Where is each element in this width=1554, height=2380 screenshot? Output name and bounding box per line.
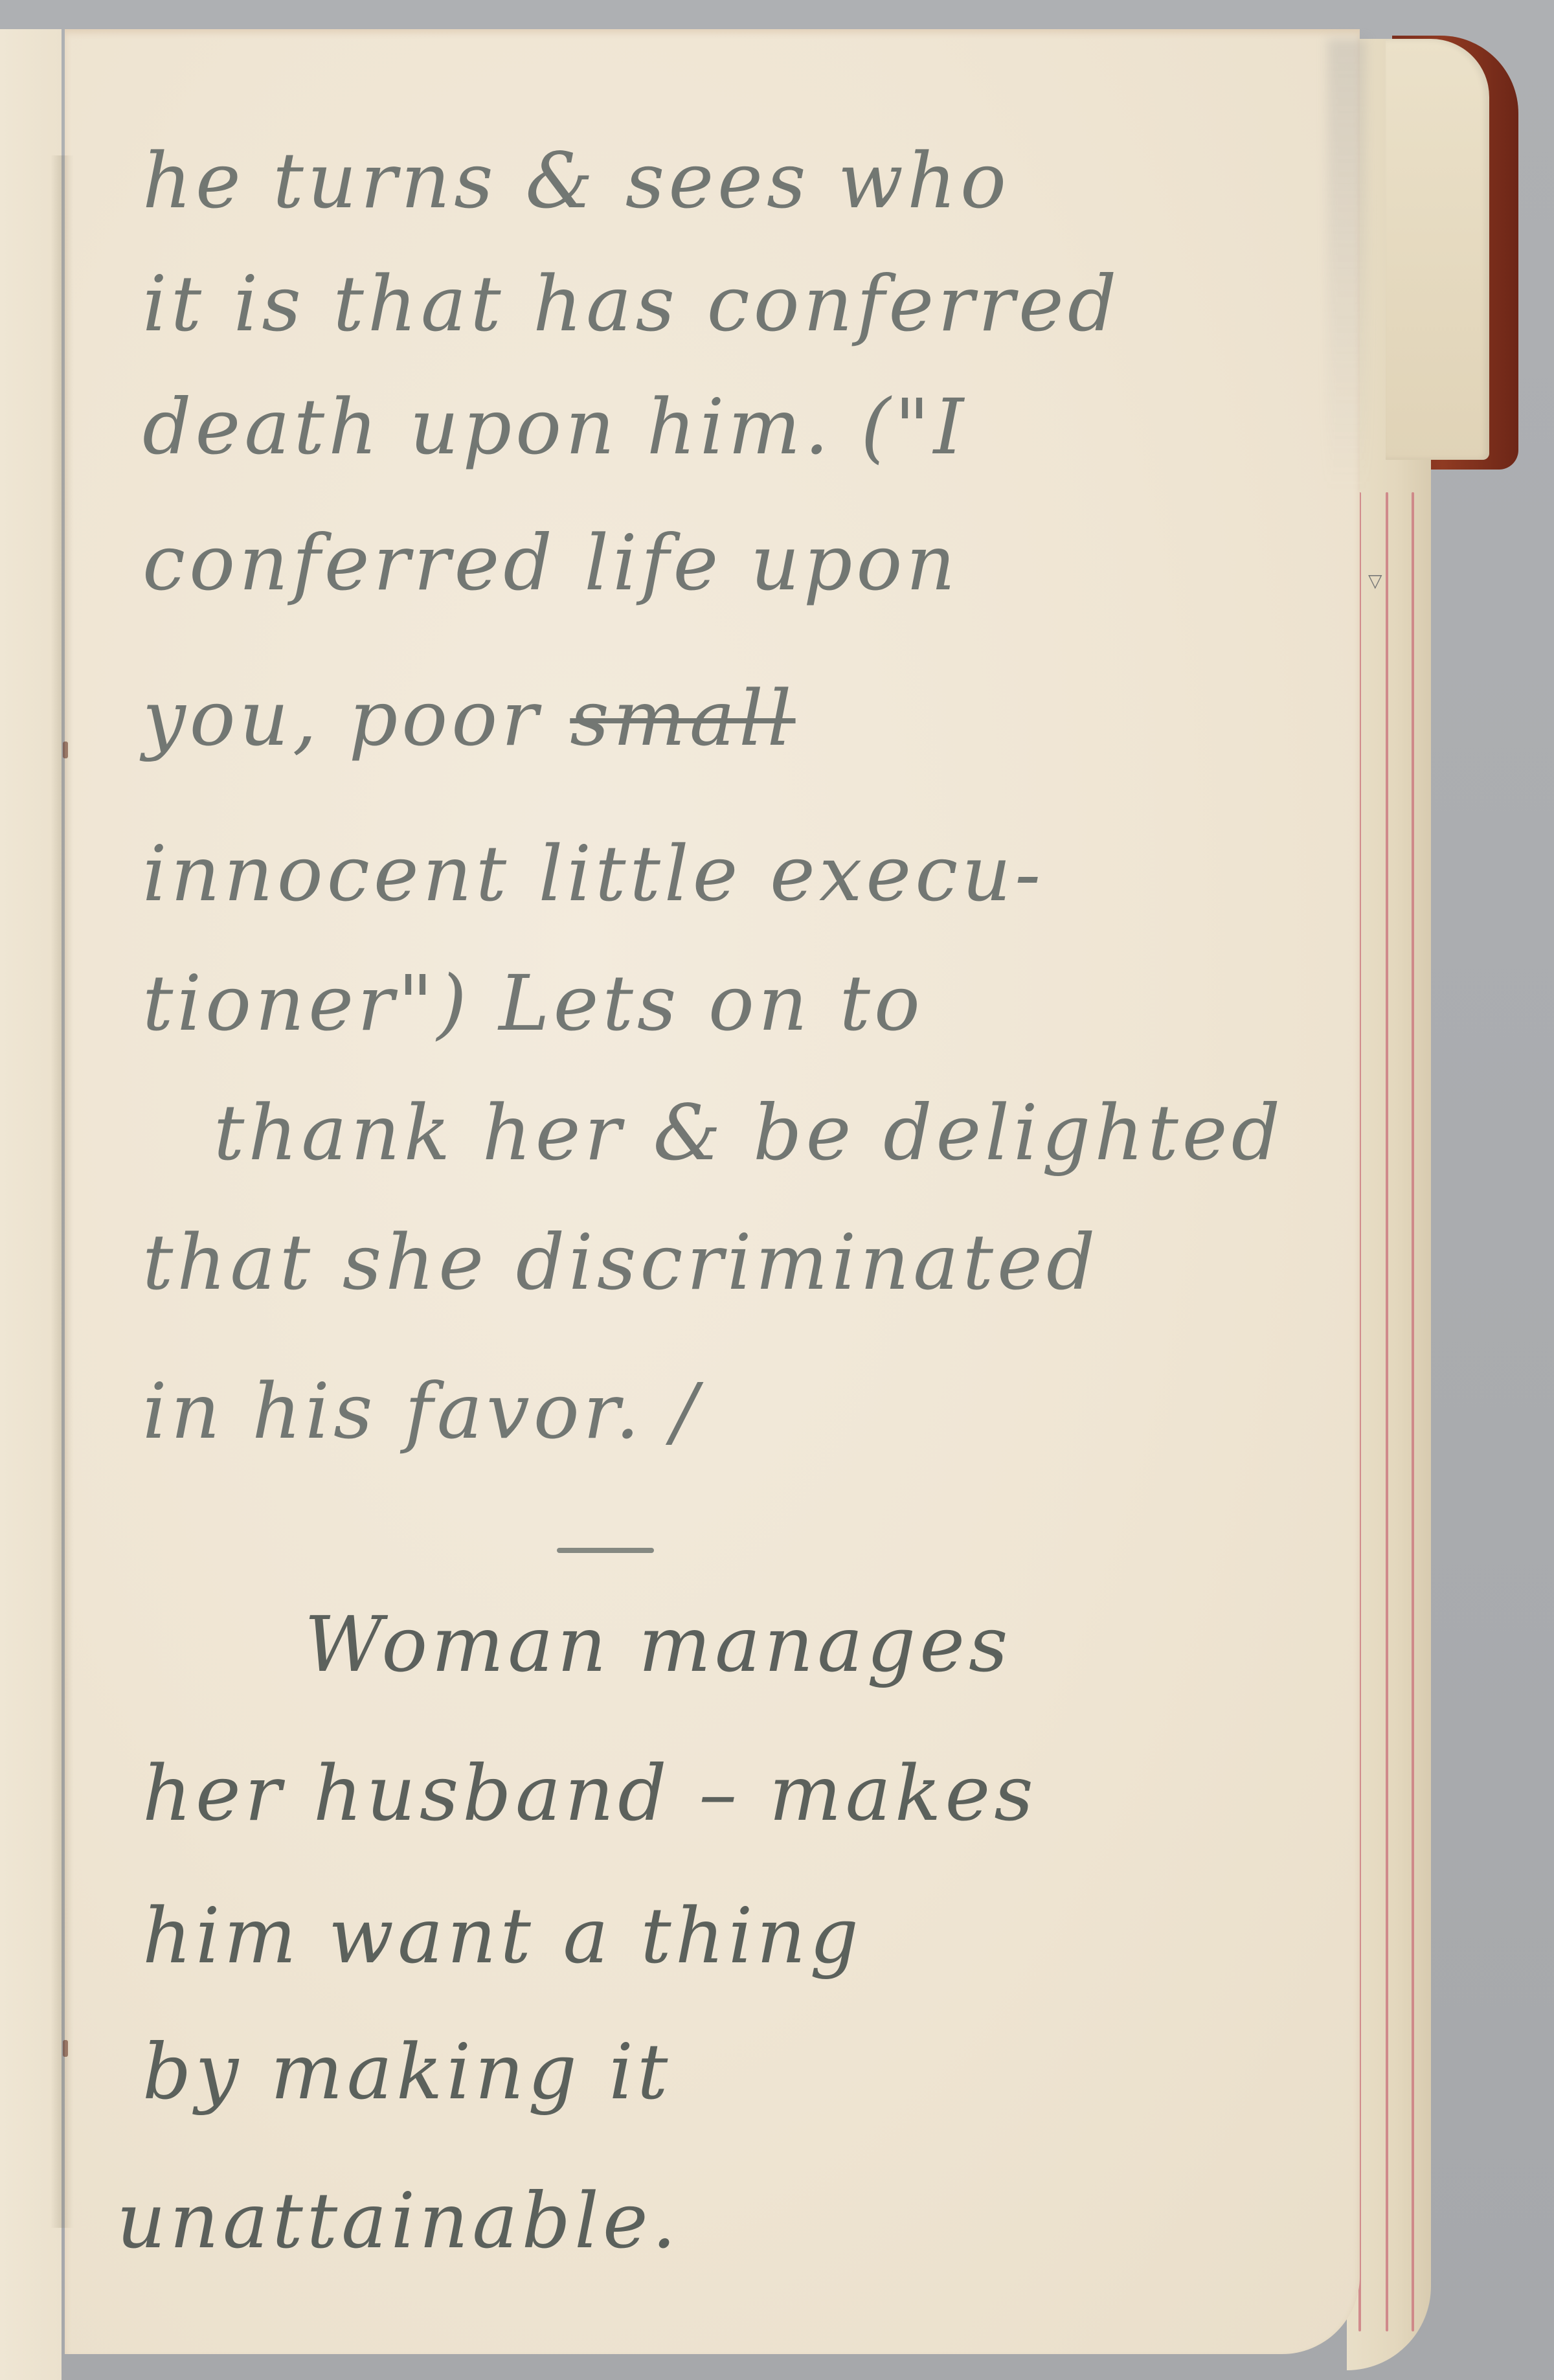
handwriting-line-1: he turns & sees who bbox=[142, 136, 1010, 225]
struck-word: small bbox=[570, 674, 795, 763]
handwriting-line-6: innocent little execu- bbox=[142, 829, 1044, 918]
handwriting-line-14: by making it bbox=[142, 2027, 671, 2116]
red-edge-line bbox=[1412, 492, 1414, 2331]
handwriting-line-10: in his favor. / bbox=[142, 1366, 701, 1456]
binding-thread bbox=[63, 742, 68, 758]
page-marker-icon: ▽ bbox=[1368, 570, 1382, 591]
handwriting-line-12: her husband – makes bbox=[142, 1749, 1037, 1838]
handwriting-line-13: him want a thing bbox=[142, 1891, 862, 1980]
line-5-text: you, poor bbox=[142, 674, 542, 763]
binding-thread bbox=[63, 2040, 68, 2057]
handwriting-line-9: that she discriminated bbox=[142, 1218, 1099, 1307]
red-edge-line bbox=[1386, 492, 1388, 2331]
water-stain bbox=[1327, 39, 1366, 492]
handwriting-line-15: unattainable. bbox=[117, 2176, 680, 2265]
section-divider bbox=[557, 1548, 654, 1553]
line-14-text: by making it bbox=[142, 2027, 671, 2116]
handwriting-line-3: death upon him. ("I bbox=[142, 382, 967, 471]
handwriting-line-5: you, poor small bbox=[142, 674, 796, 763]
notebook-page bbox=[65, 29, 1360, 2354]
handwriting-line-11: Woman manages bbox=[304, 1600, 1012, 1689]
handwriting-line-2: it is that has conferred bbox=[142, 259, 1120, 348]
folded-page-corner bbox=[1386, 39, 1489, 460]
page-gutter bbox=[51, 155, 74, 2228]
handwriting-line-7: tioner") Lets on to bbox=[142, 958, 924, 1048]
handwriting-line-8: thank her & be delighted bbox=[214, 1088, 1284, 1177]
handwriting-line-4: conferred life upon bbox=[142, 518, 959, 607]
